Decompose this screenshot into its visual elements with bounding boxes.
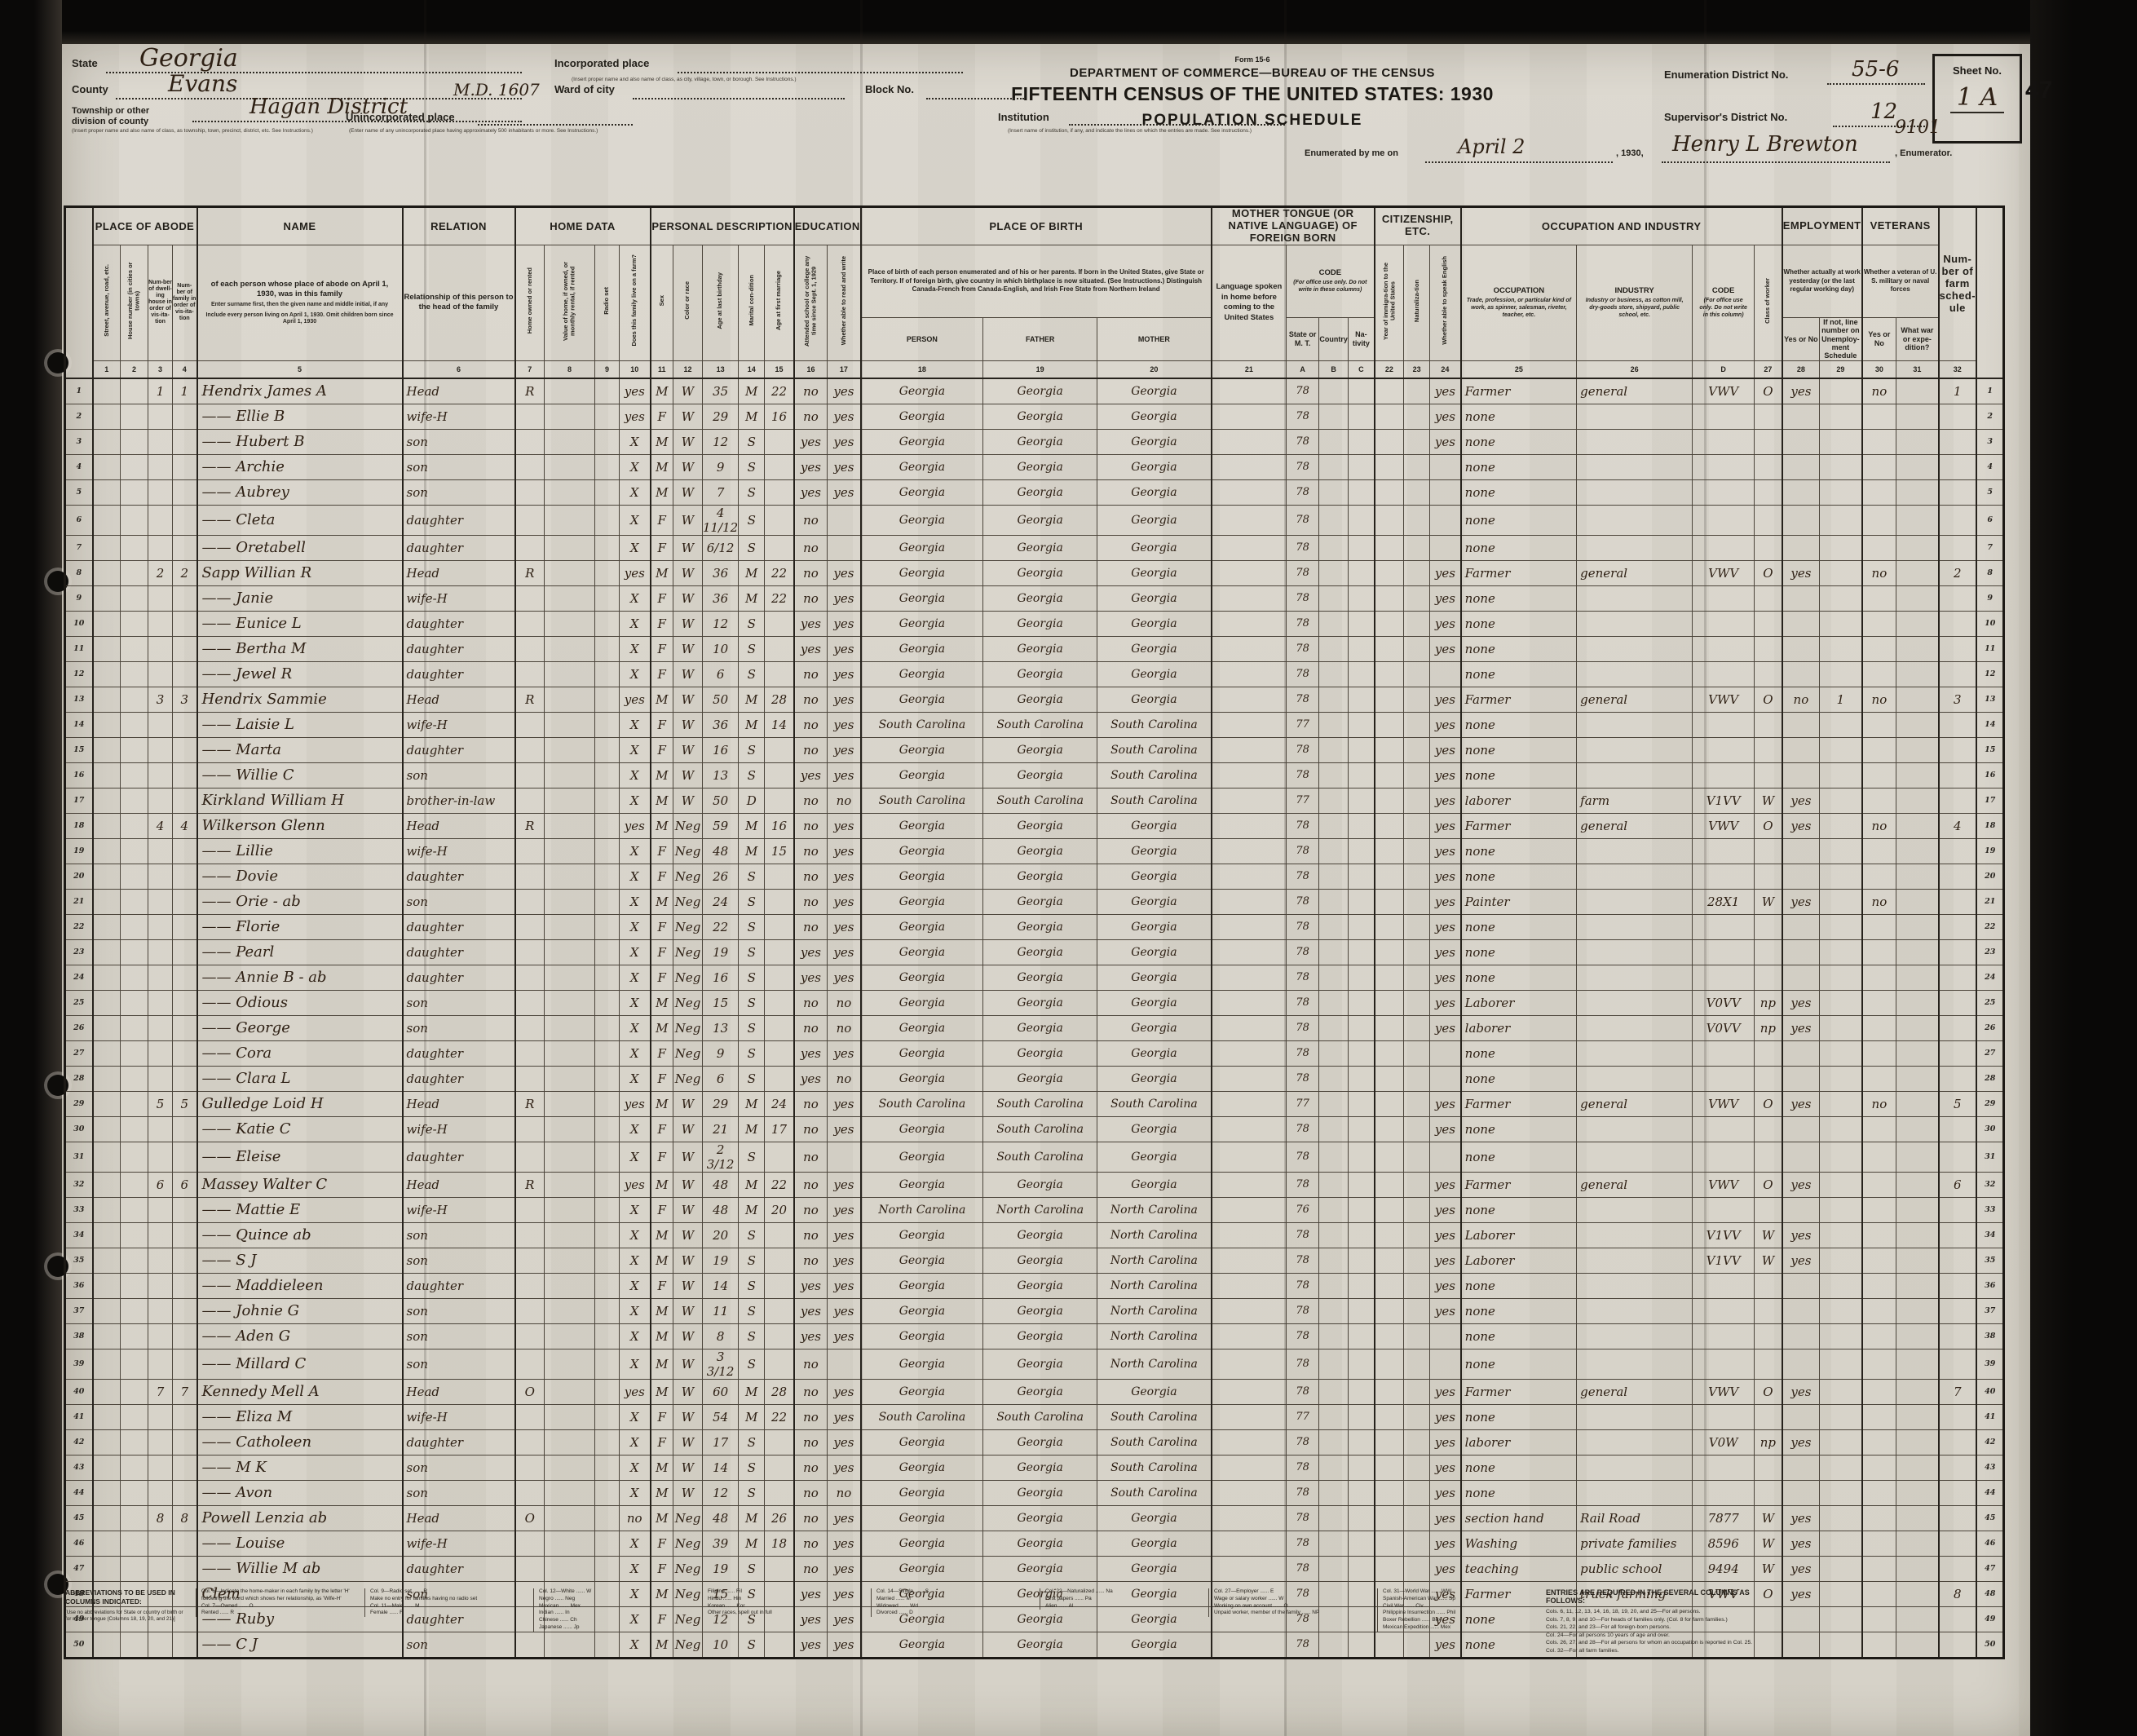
cell-sex: F: [651, 1404, 673, 1429]
cell-vet: [1862, 404, 1896, 429]
group-name: NAME: [197, 207, 403, 245]
cell-hn: [121, 1015, 148, 1040]
cell-imm: [1375, 404, 1404, 429]
cell-farm: X: [620, 636, 651, 661]
cell-vet: [1862, 712, 1896, 737]
col-number-10: 10: [620, 360, 651, 378]
cell-war: [1896, 1015, 1939, 1040]
cell-bpf: Georgia: [983, 1480, 1097, 1505]
cell-cb: [1319, 1197, 1349, 1222]
cell-cb: [1319, 1142, 1349, 1172]
cell-war: [1896, 737, 1939, 762]
cell-fs: [1939, 404, 1976, 429]
cell-ind: Rail Road: [1577, 1505, 1693, 1531]
cell-rw: yes: [828, 611, 861, 636]
cell-val: [545, 1197, 595, 1222]
cell-fam: [173, 965, 197, 990]
cell-name: —— Lillie: [197, 838, 403, 864]
cell-rw: yes: [828, 1273, 861, 1298]
cell-occ: Painter: [1461, 889, 1577, 914]
cell-val: [545, 585, 595, 611]
cell-eng: yes: [1430, 611, 1461, 636]
cell-st: [93, 429, 121, 454]
cell-bpm: Georgia: [1097, 990, 1212, 1015]
cell-bpm: Georgia: [1097, 687, 1212, 712]
cell-fam: [173, 889, 197, 914]
cell-fam: [173, 1273, 197, 1298]
census-row-44: 44—— AvonsonXMW12SnonoGeorgiaGeorgiaSout…: [65, 1480, 2004, 1505]
cell-fs: [1939, 788, 1976, 813]
cell-fam: [173, 864, 197, 889]
cell-rel: Head: [403, 378, 515, 404]
cell-nat: [1404, 1248, 1430, 1273]
cell-nat: [1404, 990, 1430, 1015]
cell-farm: X: [620, 585, 651, 611]
cell-wk: [1782, 1480, 1820, 1505]
col-birth-person: PERSON: [861, 317, 983, 360]
cell-ind: [1577, 1222, 1693, 1248]
cell-rw: yes: [828, 1505, 861, 1531]
cell-lang: [1212, 990, 1287, 1015]
cell-hn: [121, 535, 148, 560]
cell-rad: [595, 429, 620, 454]
cell-rw: yes: [828, 560, 861, 585]
cell-val: [545, 404, 595, 429]
line-number-left: 33: [65, 1197, 93, 1222]
cell-farm: X: [620, 914, 651, 939]
cell-war: [1896, 636, 1939, 661]
cell-mar: S: [739, 661, 765, 687]
cell-vet: [1862, 1323, 1896, 1349]
line-number-left: 19: [65, 838, 93, 864]
cell-cb: [1319, 1480, 1349, 1505]
cell-rel: son: [403, 1349, 515, 1379]
cell-col: Neg: [673, 965, 703, 990]
cell-eng: [1430, 1066, 1461, 1091]
cell-cc: [1349, 1505, 1375, 1531]
line-number-left: 4: [65, 454, 93, 479]
cell-bpf: Georgia: [983, 1531, 1097, 1556]
cell-occ: none: [1461, 1197, 1577, 1222]
cell-imm: [1375, 1531, 1404, 1556]
cell-age: 16: [703, 965, 739, 990]
line-number-right: 10: [1976, 611, 2004, 636]
line-number-right: 7: [1976, 535, 2004, 560]
cell-cw: np: [1755, 990, 1782, 1015]
cell-val: [545, 479, 595, 505]
cell-rw: [828, 1349, 861, 1379]
cell-sch: no: [794, 1349, 828, 1379]
cell-ca: 78: [1287, 611, 1319, 636]
cell-val: [545, 1556, 595, 1581]
col-industry: INDUSTRY Industry or business, as cotton…: [1577, 245, 1693, 360]
cell-farm: yes: [620, 813, 651, 838]
cell-afm: [765, 454, 794, 479]
cell-ten: [515, 1142, 545, 1172]
col-number-13: 13: [703, 360, 739, 378]
cell-mar: M: [739, 712, 765, 737]
cell-val: [545, 378, 595, 404]
cell-cw: [1755, 1197, 1782, 1222]
cell-wk: [1782, 611, 1820, 636]
cell-eng: [1430, 661, 1461, 687]
cell-fam: 7: [173, 1379, 197, 1404]
cell-st: [93, 1379, 121, 1404]
cell-col: Neg: [673, 889, 703, 914]
cell-sch: no: [794, 1222, 828, 1248]
cell-wk: yes: [1782, 1556, 1820, 1581]
cell-bpp: Georgia: [861, 535, 983, 560]
cell-ind: [1577, 1323, 1693, 1349]
cell-war: [1896, 914, 1939, 939]
cell-nat: [1404, 1015, 1430, 1040]
cell-ten: [515, 1531, 545, 1556]
col-code-c: Na-tivity: [1349, 317, 1375, 360]
group-mother-tongue: MOTHER TONGUE (OR NATIVE LANGUAGE) OF FO…: [1212, 207, 1375, 245]
cell-eng: [1430, 479, 1461, 505]
line-number-left: 40: [65, 1379, 93, 1404]
cell-sch: yes: [794, 429, 828, 454]
cell-fs: [1939, 661, 1976, 687]
cell-rel: daughter: [403, 505, 515, 535]
cell-unl: [1820, 838, 1862, 864]
cell-cd: [1693, 404, 1755, 429]
cell-fam: [173, 1556, 197, 1581]
cell-age: 22: [703, 914, 739, 939]
cell-rw: yes: [828, 1116, 861, 1142]
cell-lang: [1212, 1379, 1287, 1404]
cell-war: [1896, 1404, 1939, 1429]
cell-hn: [121, 990, 148, 1015]
cell-dw: [148, 1298, 173, 1323]
cell-rad: [595, 914, 620, 939]
cell-bpf: Georgia: [983, 889, 1097, 914]
census-row-24: 24—— Annie B - abdaughterXFNeg16SyesyesG…: [65, 965, 2004, 990]
census-row-18: 1844Wilkerson GlennHeadRyesMNeg59M16noye…: [65, 813, 2004, 838]
cell-war: [1896, 560, 1939, 585]
cell-unl: [1820, 1531, 1862, 1556]
cell-unl: [1820, 1556, 1862, 1581]
cell-cc: [1349, 1273, 1375, 1298]
cell-wk: yes: [1782, 889, 1820, 914]
cell-farm: yes: [620, 1172, 651, 1197]
cell-war: [1896, 788, 1939, 813]
film-edge-right: [2030, 0, 2137, 1736]
cell-wk: yes: [1782, 1429, 1820, 1455]
sheet-corner-number: 47: [2025, 77, 2052, 104]
cell-wk: [1782, 661, 1820, 687]
cell-val: [545, 1222, 595, 1248]
cell-eng: yes: [1430, 1556, 1461, 1581]
cell-fam: [173, 479, 197, 505]
cell-cc: [1349, 404, 1375, 429]
cell-val: [545, 611, 595, 636]
cell-fam: 6: [173, 1172, 197, 1197]
cell-dw: [148, 611, 173, 636]
cell-rw: no: [828, 1066, 861, 1091]
cell-ca: 78: [1287, 1429, 1319, 1455]
cell-age: 19: [703, 939, 739, 965]
cell-rw: yes: [828, 1091, 861, 1116]
cell-name: Powell Lenzia ab: [197, 1505, 403, 1531]
cell-ind: [1577, 1298, 1693, 1323]
cell-eng: yes: [1430, 914, 1461, 939]
cell-sch: yes: [794, 611, 828, 636]
cell-ca: 78: [1287, 429, 1319, 454]
cell-col: W: [673, 479, 703, 505]
cell-cb: [1319, 864, 1349, 889]
cell-vet: [1862, 1505, 1896, 1531]
cell-rw: yes: [828, 712, 861, 737]
cell-bpp: Georgia: [861, 762, 983, 788]
cell-rad: [595, 560, 620, 585]
col-number-A: A: [1287, 360, 1319, 378]
cell-cb: [1319, 636, 1349, 661]
cell-bpf: Georgia: [983, 1429, 1097, 1455]
cell-mar: S: [739, 1066, 765, 1091]
cell-hn: [121, 1116, 148, 1142]
cell-bpf: Georgia: [983, 737, 1097, 762]
census-row-45: 4588Powell Lenzia abHeadOnoMNeg48M26noye…: [65, 1505, 2004, 1531]
cell-ind: [1577, 737, 1693, 762]
cell-rad: [595, 1323, 620, 1349]
cell-afm: [765, 788, 794, 813]
cell-col: W: [673, 788, 703, 813]
cell-fs: [1939, 454, 1976, 479]
cell-cc: [1349, 889, 1375, 914]
cell-bpf: Georgia: [983, 636, 1097, 661]
cell-imm: [1375, 1349, 1404, 1379]
cell-cd: [1693, 1040, 1755, 1066]
township-label-1: Township or other: [72, 106, 149, 116]
cell-cd: V1VV: [1693, 788, 1755, 813]
cell-afm: 22: [765, 1404, 794, 1429]
cell-nat: [1404, 560, 1430, 585]
cell-val: [545, 1404, 595, 1429]
cell-ind: [1577, 454, 1693, 479]
cell-bpf: South Carolina: [983, 1404, 1097, 1429]
cell-bpf: Georgia: [983, 560, 1097, 585]
cell-eng: yes: [1430, 1273, 1461, 1298]
cell-cb: [1319, 838, 1349, 864]
cell-unl: [1820, 1091, 1862, 1116]
cell-cd: [1693, 965, 1755, 990]
cell-war: [1896, 505, 1939, 535]
line-number-right: 29: [1976, 1091, 2004, 1116]
cell-unl: 1: [1820, 687, 1862, 712]
cell-cc: [1349, 939, 1375, 965]
cell-ca: 78: [1287, 661, 1319, 687]
cell-hn: [121, 1404, 148, 1429]
cell-wk: [1782, 1142, 1820, 1172]
cell-age: 9: [703, 1040, 739, 1066]
cell-farm: X: [620, 1349, 651, 1379]
census-row-40: 4077Kennedy Mell AHeadOyesMW60M28noyesGe…: [65, 1379, 2004, 1404]
cell-cw: [1755, 429, 1782, 454]
cell-bpm: North Carolina: [1097, 1222, 1212, 1248]
cell-cc: [1349, 965, 1375, 990]
cell-name: Sapp Willian R: [197, 560, 403, 585]
col-speak-english: Whether able to speak English: [1430, 245, 1461, 360]
cell-cw: [1755, 1480, 1782, 1505]
cell-imm: [1375, 585, 1404, 611]
cell-ca: 78: [1287, 585, 1319, 611]
line-number-right: 40: [1976, 1379, 2004, 1404]
cell-ind: [1577, 1015, 1693, 1040]
cell-name: Kennedy Mell A: [197, 1379, 403, 1404]
cell-farm: yes: [620, 1379, 651, 1404]
cell-st: [93, 914, 121, 939]
cell-rad: [595, 1116, 620, 1142]
cell-unl: [1820, 378, 1862, 404]
cell-lang: [1212, 737, 1287, 762]
cell-cb: [1319, 1091, 1349, 1116]
cell-age: 7: [703, 479, 739, 505]
cell-rad: [595, 1505, 620, 1531]
cell-rw: no: [828, 990, 861, 1015]
cell-nat: [1404, 838, 1430, 864]
col-number-2: 2: [121, 360, 148, 378]
cell-rad: [595, 1197, 620, 1222]
cell-bpp: Georgia: [861, 1116, 983, 1142]
state-value: Georgia: [139, 44, 238, 73]
cell-war: [1896, 965, 1939, 990]
col-number-11: 11: [651, 360, 673, 378]
cell-war: [1896, 1197, 1939, 1222]
line-number-left: 16: [65, 762, 93, 788]
cell-cb: [1319, 1172, 1349, 1197]
cell-sex: M: [651, 1172, 673, 1197]
cell-afm: [765, 762, 794, 788]
cell-bpp: Georgia: [861, 429, 983, 454]
cell-hn: [121, 762, 148, 788]
ward-rule: [633, 98, 845, 99]
cell-fs: [1939, 1066, 1976, 1091]
cell-ca: 78: [1287, 1248, 1319, 1273]
cell-sex: F: [651, 1429, 673, 1455]
cell-fs: [1939, 1298, 1976, 1323]
cell-eng: yes: [1430, 636, 1461, 661]
cell-bpp: Georgia: [861, 505, 983, 535]
cell-sch: no: [794, 1142, 828, 1172]
cell-cb: [1319, 1379, 1349, 1404]
cell-hn: [121, 454, 148, 479]
cell-afm: 22: [765, 560, 794, 585]
cell-st: [93, 762, 121, 788]
cell-lang: [1212, 788, 1287, 813]
cell-bpf: Georgia: [983, 1015, 1097, 1040]
cell-vet: [1862, 737, 1896, 762]
cell-age: 50: [703, 687, 739, 712]
cell-lang: [1212, 636, 1287, 661]
cell-lang: [1212, 1298, 1287, 1323]
line-number-left: 47: [65, 1556, 93, 1581]
cell-ca: 78: [1287, 1142, 1319, 1172]
census-row-37: 37—— Johnie GsonXMW11SyesyesGeorgiaGeorg…: [65, 1298, 2004, 1323]
cell-sch: no: [794, 1015, 828, 1040]
census-row-26: 26—— GeorgesonXMNeg13SnonoGeorgiaGeorgia…: [65, 1015, 2004, 1040]
cell-wk: [1782, 429, 1820, 454]
col-code-caption: CODE (For office use only. Do not write …: [1287, 245, 1375, 317]
census-row-43: 43—— M KsonXMW14SnoyesGeorgiaGeorgiaSout…: [65, 1455, 2004, 1480]
cell-occ: none: [1461, 939, 1577, 965]
cell-val: [545, 939, 595, 965]
cell-mar: S: [739, 636, 765, 661]
cell-sch: no: [794, 687, 828, 712]
cell-cw: [1755, 965, 1782, 990]
cell-col: W: [673, 1349, 703, 1379]
cell-wk: yes: [1782, 1222, 1820, 1248]
cell-lang: [1212, 864, 1287, 889]
cell-farm: X: [620, 838, 651, 864]
cell-nat: [1404, 1323, 1430, 1349]
cell-bpm: Georgia: [1097, 1015, 1212, 1040]
cell-imm: [1375, 1404, 1404, 1429]
cell-unl: [1820, 813, 1862, 838]
cell-ca: 78: [1287, 990, 1319, 1015]
cell-cw: [1755, 636, 1782, 661]
cell-ca: 78: [1287, 687, 1319, 712]
cell-st: [93, 788, 121, 813]
cell-occ: Laborer: [1461, 1222, 1577, 1248]
cell-ten: [515, 1455, 545, 1480]
cell-col: W: [673, 429, 703, 454]
incorporated-rule: [678, 72, 963, 73]
cell-hn: [121, 429, 148, 454]
line-number-left: 10: [65, 611, 93, 636]
line-number-left: 23: [65, 939, 93, 965]
cell-fam: [173, 1349, 197, 1379]
cell-st: [93, 712, 121, 737]
cell-hn: [121, 636, 148, 661]
cell-dw: [148, 737, 173, 762]
line-number-left: 43: [65, 1455, 93, 1480]
cell-hn: [121, 661, 148, 687]
cell-ind: [1577, 505, 1693, 535]
cell-ca: 76: [1287, 1197, 1319, 1222]
line-number-right: 44: [1976, 1480, 2004, 1505]
cell-cd: [1693, 661, 1755, 687]
cell-afm: 20: [765, 1197, 794, 1222]
cell-sch: yes: [794, 479, 828, 505]
cell-rel: son: [403, 1323, 515, 1349]
cell-bpm: South Carolina: [1097, 1091, 1212, 1116]
unincorporated-rule: [478, 124, 633, 126]
cell-bpp: Georgia: [861, 585, 983, 611]
cell-rad: [595, 1142, 620, 1172]
cell-rad: [595, 889, 620, 914]
cell-lang: [1212, 914, 1287, 939]
cell-rad: [595, 1091, 620, 1116]
cell-nat: [1404, 1404, 1430, 1429]
cell-ten: [515, 838, 545, 864]
cell-cw: W: [1755, 1222, 1782, 1248]
col-vet-yes-no: Yes or No: [1862, 317, 1896, 360]
enumerator-code: 9101: [1895, 117, 1941, 138]
cell-eng: yes: [1430, 838, 1461, 864]
cell-rel: Head: [403, 1505, 515, 1531]
cell-cc: [1349, 687, 1375, 712]
cell-nat: [1404, 788, 1430, 813]
cell-col: Neg: [673, 813, 703, 838]
cell-bpm: Georgia: [1097, 454, 1212, 479]
line-number-right: 19: [1976, 838, 2004, 864]
cell-nat: [1404, 1531, 1430, 1556]
cell-bpf: South Carolina: [983, 1091, 1097, 1116]
cell-cw: [1755, 939, 1782, 965]
cell-mar: S: [739, 889, 765, 914]
cell-col: W: [673, 1429, 703, 1455]
